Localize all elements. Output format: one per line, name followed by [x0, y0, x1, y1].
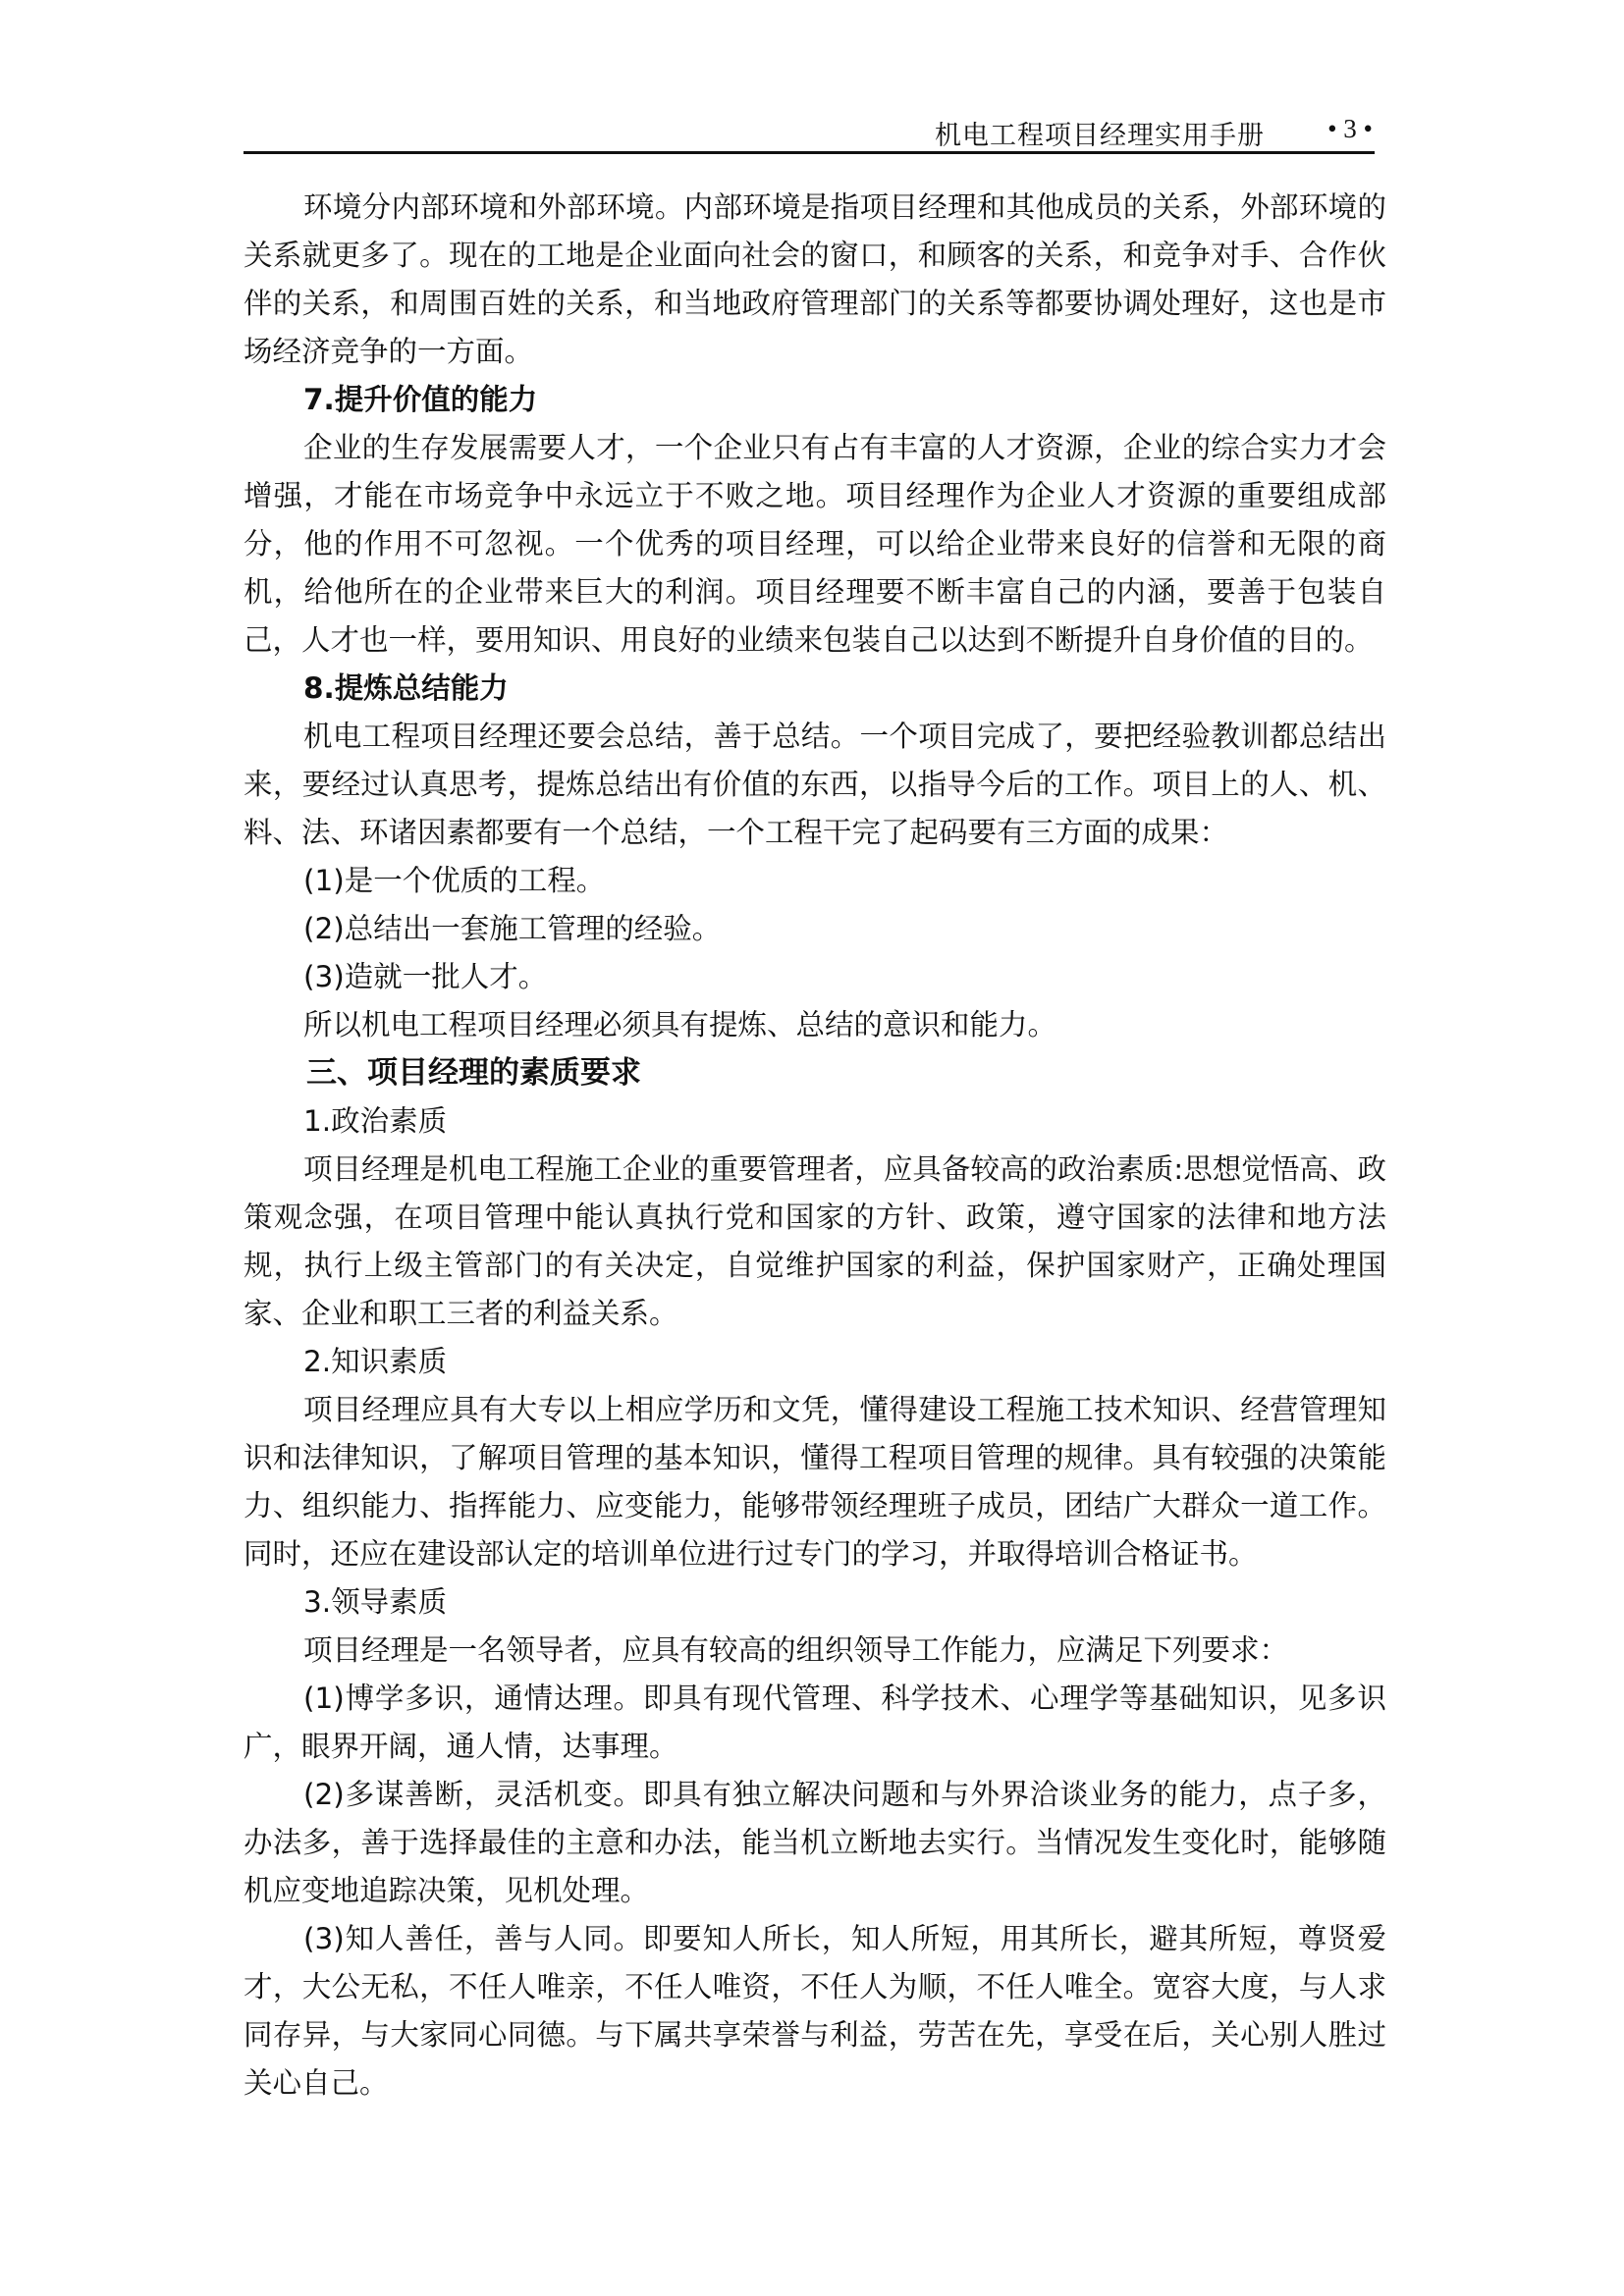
- page-header: 机电工程项目经理实用手册 • 3 •: [244, 106, 1375, 154]
- list-item: (2)多谋善断，灵活机变。即具有独立解决问题和与外界洽谈业务的能力，点子多，办法…: [244, 1771, 1386, 1915]
- heading-value-ability: 7.提升价值的能力: [244, 376, 1386, 424]
- subheading-leadership: 3.领导素质: [244, 1578, 1386, 1627]
- paragraph-summary-ability: 机电工程项目经理还要会总结，善于总结。一个项目完成了，要把经验教训都总结出来，要…: [244, 713, 1386, 857]
- paragraph-knowledge: 项目经理应具有大专以上相应学历和文凭，懂得建设工程施工技术知识、经营管理知识和法…: [244, 1386, 1386, 1578]
- subheading-political: 1.政治素质: [244, 1097, 1386, 1146]
- page-number: • 3 •: [1327, 114, 1373, 144]
- list-item: (3)知人善任，善与人同。即要知人所长，知人所短，用其所长，避其所短，尊贤爱才，…: [244, 1915, 1386, 2108]
- subheading-knowledge: 2.知识素质: [244, 1338, 1386, 1386]
- paragraph-summary-conclusion: 所以机电工程项目经理必须具有提炼、总结的意识和能力。: [244, 1001, 1386, 1049]
- section-heading: 三、项目经理的素质要求: [244, 1049, 1386, 1097]
- paragraph-leadership-intro: 项目经理是一名领导者，应具有较高的组织领导工作能力，应满足下列要求：: [244, 1627, 1386, 1675]
- list-item: (1)是一个优质的工程。: [244, 857, 1386, 905]
- page-body: 环境分内部环境和外部环境。内部环境是指项目经理和其他成员的关系，外部环境的关系就…: [244, 184, 1386, 2108]
- heading-summary-ability: 8.提炼总结能力: [244, 665, 1386, 713]
- paragraph-environment: 环境分内部环境和外部环境。内部环境是指项目经理和其他成员的关系，外部环境的关系就…: [244, 184, 1386, 376]
- list-item: (1)博学多识，通情达理。即具有现代管理、科学技术、心理学等基础知识，见多识广，…: [244, 1675, 1386, 1771]
- paragraph-political: 项目经理是机电工程施工企业的重要管理者，应具备较高的政治素质:思想觉悟高、政策观…: [244, 1146, 1386, 1338]
- running-title: 机电工程项目经理实用手册: [935, 114, 1265, 152]
- list-item: (2)总结出一套施工管理的经验。: [244, 905, 1386, 953]
- paragraph-value-ability: 企业的生存发展需要人才，一个企业只有占有丰富的人才资源，企业的综合实力才会增强，…: [244, 424, 1386, 665]
- list-item: (3)造就一批人才。: [244, 953, 1386, 1001]
